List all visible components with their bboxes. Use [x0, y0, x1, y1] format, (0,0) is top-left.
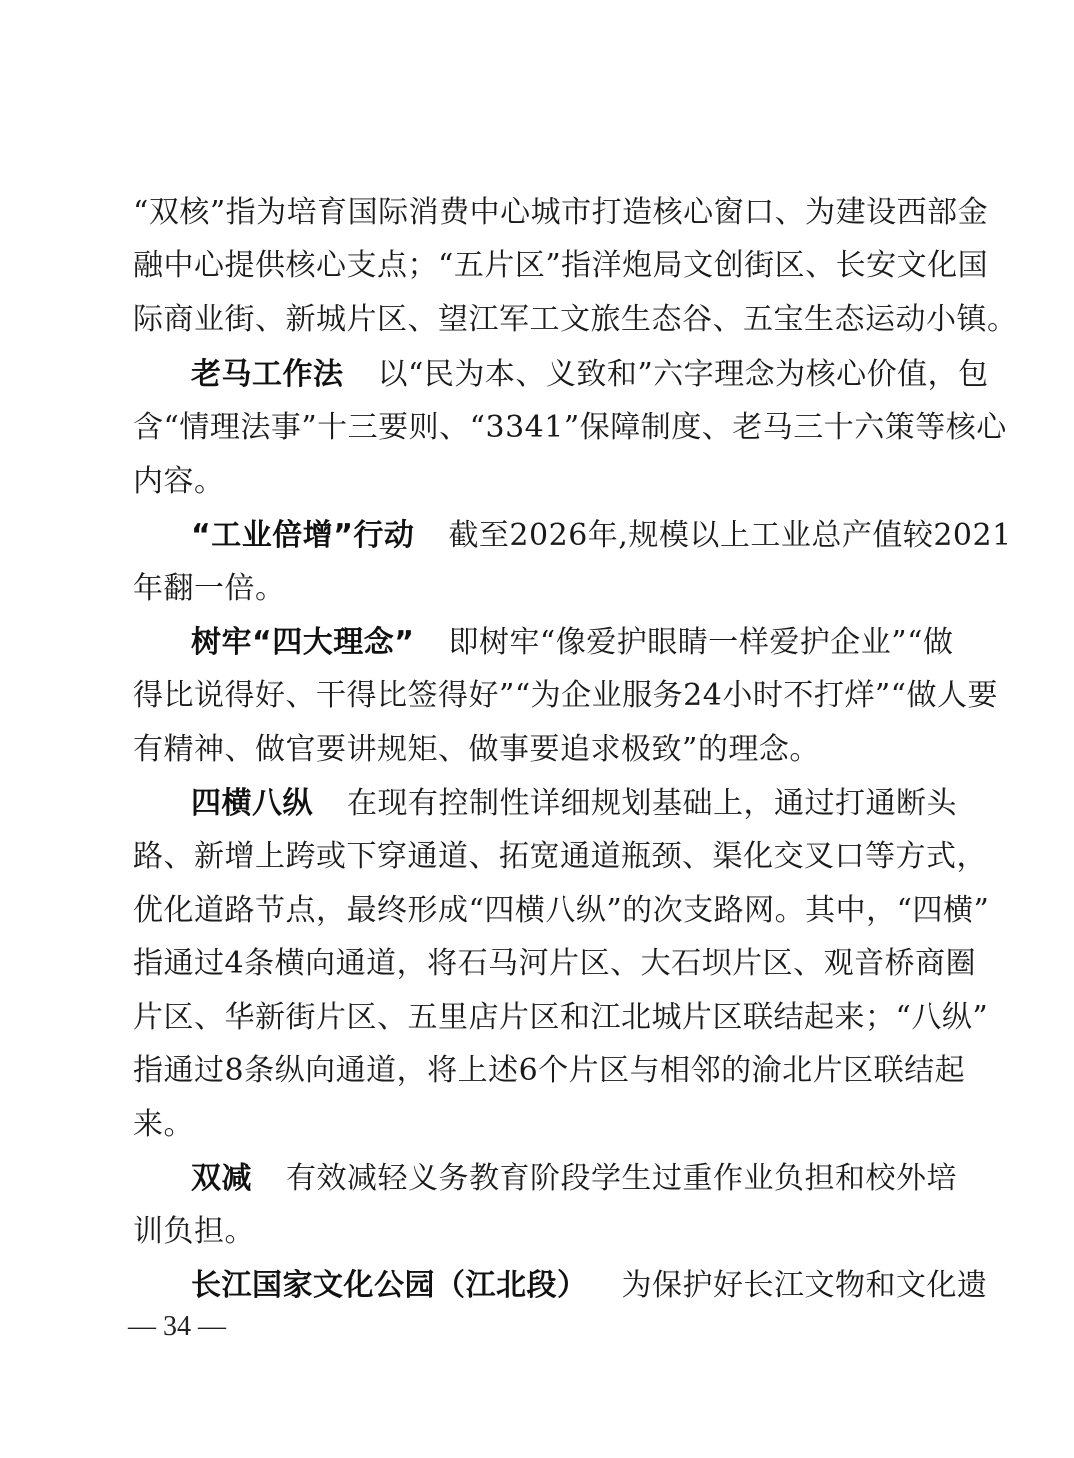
paragraph-line: 指通过8条纵向通道，将上述6个片区与相邻的渝北片区联结起	[133, 1051, 943, 1091]
glossary-entry-first-line: 老马工作法以“民为本、义致和”六字理念为核心价值，包	[133, 355, 943, 395]
definition-text: 以“民为本、义致和”六字理念为核心价值，包	[378, 357, 989, 392]
glossary-term: 老马工作法	[191, 357, 344, 392]
glossary-term: “工业倍增”行动	[191, 518, 414, 553]
paragraph-line: 年翻一倍。	[133, 569, 943, 609]
glossary-entry-first-line: 双减有效减轻义务教育阶段学生过重作业负担和校外培	[133, 1159, 943, 1199]
glossary-entry-first-line: 长江国家文化公园（江北段）为保护好长江文物和文化遗	[133, 1266, 943, 1306]
paragraph-line: 片区、华新街片区、五里店片区和江北城片区联结起来；“八纵”	[133, 998, 943, 1038]
definition-text: 截至2026年,规模以上工业总产值较2021	[448, 518, 1011, 553]
paragraph-line: 有精神、做官要讲规矩、做事要追求极致”的理念。	[133, 730, 943, 770]
paragraph-line: 来。	[133, 1105, 943, 1145]
glossary-entry-first-line: 四横八纵在现有控制性详细规划基础上，通过打通断头	[133, 784, 943, 824]
paragraph-line: 指通过4条横向通道，将石马河片区、大石坝片区、观音桥商圈	[133, 944, 943, 984]
paragraph-line: 含“情理法事”十三要则、“3341”保障制度、老马三十六策等核心	[133, 408, 943, 448]
paragraph-line: “双核”指为培育国际消费中心城市打造核心窗口、为建设西部金	[133, 193, 943, 233]
document-page: “双核”指为培育国际消费中心城市打造核心窗口、为建设西部金 融中心提供核心支点；…	[0, 0, 1074, 1458]
paragraph-line: 得比说得好、干得比签得好”“为企业服务24小时不打烊”“做人要	[133, 676, 943, 716]
paragraph-line: 融中心提供核心支点；“五片区”指洋炮局文创街区、长安文化国	[133, 246, 943, 286]
glossary-entry-first-line: “工业倍增”行动截至2026年,规模以上工业总产值较2021	[133, 516, 943, 556]
glossary-term: 双减	[191, 1161, 252, 1196]
definition-text: 有效减轻义务教育阶段学生过重作业负担和校外培	[286, 1161, 957, 1196]
definition-text: 在现有控制性详细规划基础上，通过打通断头	[347, 786, 957, 821]
paragraph-line: 内容。	[133, 462, 943, 502]
paragraph-line: 优化道路节点，最终形成“四横八纵”的次支路网。其中，“四横”	[133, 891, 943, 931]
paragraph-line: 际商业街、新城片区、望江军工文旅生态谷、五宝生态运动小镇。	[133, 300, 943, 340]
glossary-term: 四横八纵	[191, 786, 313, 821]
page-number: — 34 —	[128, 1309, 226, 1345]
glossary-term: 长江国家文化公园（江北段）	[191, 1268, 588, 1303]
paragraph-line: 路、新增上跨或下穿通道、拓宽通道瓶颈、渠化交叉口等方式，	[133, 837, 943, 877]
definition-text: 即树牢“像爱护眼睛一样爱护企业”“做	[448, 625, 953, 660]
glossary-term: 树牢“四大理念”	[191, 625, 414, 660]
definition-text: 为保护好长江文物和文化遗	[622, 1268, 988, 1303]
paragraph-line: 训负担。	[133, 1212, 943, 1252]
glossary-entry-first-line: 树牢“四大理念”即树牢“像爱护眼睛一样爱护企业”“做	[133, 623, 943, 663]
